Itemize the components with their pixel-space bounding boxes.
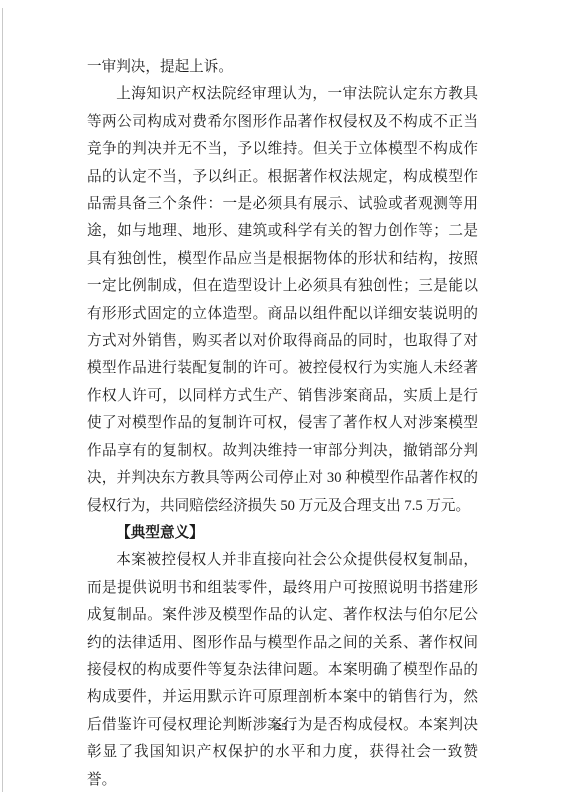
page-number: - 25 - — [268, 722, 296, 733]
page-edge-line — [2, 8, 3, 792]
document-page: 一审判决，提起上诉。 上海知识产权法院经审理认为，一审法院认定东方教具等两公司构… — [0, 0, 563, 799]
paragraph-typical-significance: 本案被控侵权人并非直接向社会公众提供侵权复制品，而是提供说明书和组装零件，最终用… — [87, 547, 478, 794]
paragraph-continuation: 一审判决，提起上诉。 — [87, 54, 478, 81]
paragraph-court-opinion: 上海知识产权法院经审理认为，一审法院认定东方教具等两公司构成对费希尔图形作品著作… — [87, 81, 478, 520]
page-footer: - 25 - — [0, 722, 563, 733]
section-heading-typical-significance: 【典型意义】 — [87, 520, 478, 547]
page-content: 一审判决，提起上诉。 上海知识产权法院经审理认为，一审法院认定东方教具等两公司构… — [87, 54, 478, 794]
